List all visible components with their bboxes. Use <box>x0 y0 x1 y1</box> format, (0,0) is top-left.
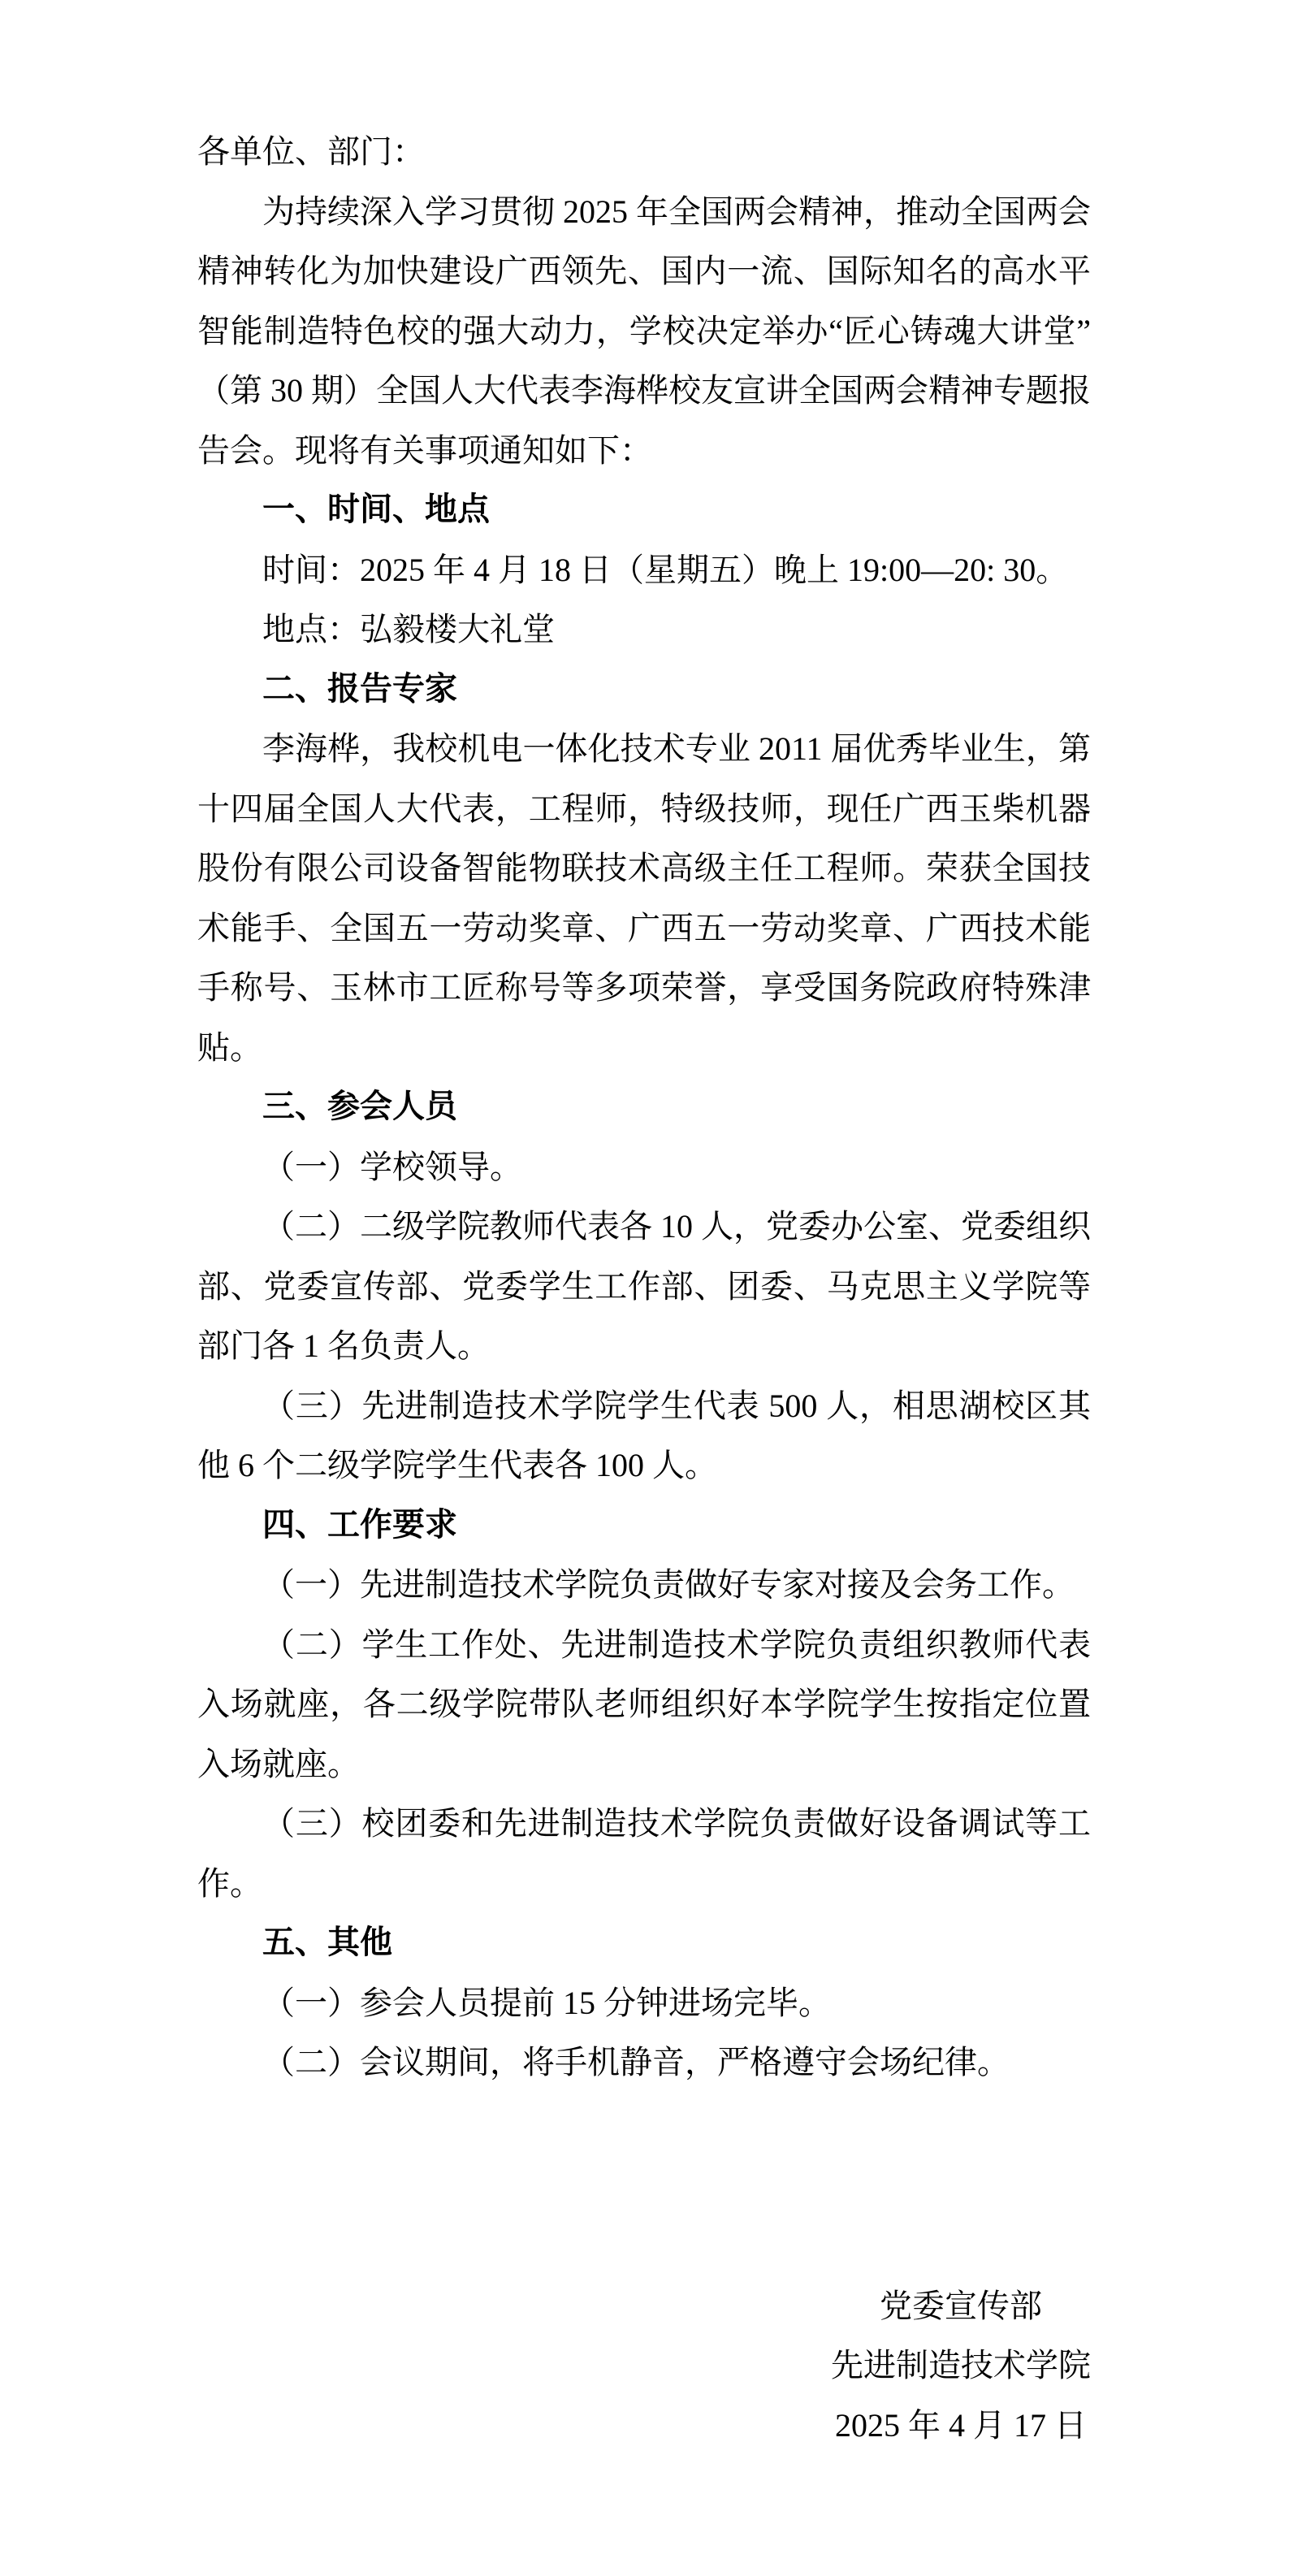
signature-department-2: 先进制造技术学院 <box>798 2336 1123 2396</box>
intro-paragraph: 为持续深入学习贯彻 2025 年全国两会精神，推动全国两会精神转化为加快建设广西… <box>197 182 1091 481</box>
section-3-paragraph-item-3: （三）先进制造技术学院学生代表 500 人，相思湖校区其他 6 个二级学院学生代… <box>197 1376 1091 1496</box>
section-5-heading: 五、其他 <box>197 1913 1091 1973</box>
section-4-paragraph-item-3: （三）校团委和先进制造技术学院负责做好设备调试等工作。 <box>197 1794 1091 1913</box>
section-2-heading: 二、报告专家 <box>197 660 1091 720</box>
salutation: 各单位、部门： <box>197 122 1091 182</box>
signature-department-1: 党委宣传部 <box>798 2276 1123 2336</box>
section-5-paragraph-item-2: （二）会议期间，将手机静音，严格遵守会场纪律。 <box>197 2033 1091 2093</box>
section-4-paragraph-item-2: （二）学生工作处、先进制造技术学院负责组织教师代表入场就座，各二级学院带队老师组… <box>197 1615 1091 1795</box>
notice-document: 各单位、部门： 为持续深入学习贯彻 2025 年全国两会精神，推动全国两会精神转… <box>0 0 1289 2576</box>
section-2-paragraph-speaker-bio: 李海桦，我校机电一体化技术专业 2011 届优秀毕业生，第十四届全国人大代表，工… <box>197 719 1091 1077</box>
section-4-paragraph-item-1: （一）先进制造技术学院负责做好专家对接及会务工作。 <box>197 1555 1091 1615</box>
section-3-paragraph-item-2: （二）二级学院教师代表各 10 人，党委办公室、党委组织部、党委宣传部、党委学生… <box>197 1197 1091 1376</box>
signature-date: 2025 年 4 月 17 日 <box>798 2396 1123 2456</box>
section-3-heading: 三、参会人员 <box>197 1077 1091 1137</box>
section-1-heading: 一、时间、地点 <box>197 480 1091 540</box>
section-1-paragraph-place: 地点：弘毅楼大礼堂 <box>197 600 1091 660</box>
section-1-paragraph-time: 时间：2025 年 4 月 18 日（星期五）晚上 19:00—20: 30。 <box>197 540 1091 600</box>
section-3-paragraph-item-1: （一）学校领导。 <box>197 1137 1091 1197</box>
section-5-paragraph-item-1: （一）参会人员提前 15 分钟进场完毕。 <box>197 1973 1091 2033</box>
section-4-heading: 四、工作要求 <box>197 1496 1091 1556</box>
signature-block: 党委宣传部 先进制造技术学院 2025 年 4 月 17 日 <box>798 2276 1123 2456</box>
